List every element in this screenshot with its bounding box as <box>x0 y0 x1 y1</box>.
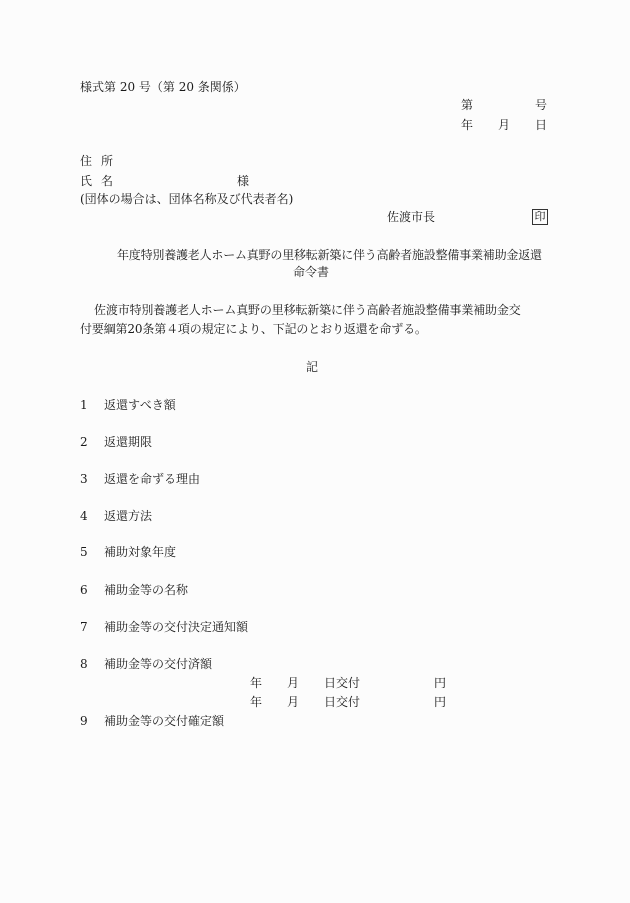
item-number: 4 <box>80 510 104 522</box>
item-number: 7 <box>80 621 104 633</box>
payment-year-label: 年 <box>250 696 262 708</box>
payment-yen-label: 円 <box>434 696 446 708</box>
payment-year-label: 年 <box>250 677 262 689</box>
list-item: 9補助金等の交付確定額 <box>80 715 224 727</box>
item-label: 補助金等の名称 <box>104 583 188 597</box>
document-number-prefix: 第 <box>461 99 473 111</box>
list-item: 2返還期限 <box>80 436 152 448</box>
payment-month-label: 月 <box>287 696 299 708</box>
item-number: 1 <box>80 399 104 411</box>
item-number: 3 <box>80 473 104 485</box>
ki-heading: 記 <box>306 361 318 373</box>
document-title-line2: 命令書 <box>293 266 329 278</box>
item-label: 返還を命ずる理由 <box>104 472 200 486</box>
body-text-line1: 佐渡市特別養護老人ホーム真野の里移転新築に伴う高齢者施設整備事業補助金交 <box>94 304 521 316</box>
item-label: 補助金等の交付確定額 <box>104 714 224 728</box>
list-item: 8補助金等の交付済額 <box>80 658 212 670</box>
list-item: 1返還すべき額 <box>80 399 176 411</box>
date-day-label: 日 <box>535 119 547 131</box>
list-item: 4返還方法 <box>80 510 152 522</box>
item-label: 補助対象年度 <box>104 545 176 559</box>
honorific: 様 <box>237 175 249 187</box>
group-note: (団体の場合は、団体名称及び代表者名) <box>80 193 293 205</box>
document-number-suffix: 号 <box>535 99 547 111</box>
item-label: 返還方法 <box>104 509 152 523</box>
item-number: 5 <box>80 546 104 558</box>
form-id: 様式第 20 号（第 20 条関係） <box>80 81 246 93</box>
date-year-label: 年 <box>461 119 473 131</box>
list-item: 7補助金等の交付決定通知額 <box>80 621 248 633</box>
item-number: 6 <box>80 584 104 596</box>
document-title-line1: 年度特別養護老人ホーム真野の里移転新築に伴う高齢者施設整備事業補助金返還 <box>117 249 542 261</box>
item-number: 2 <box>80 436 104 448</box>
name-label: 氏名 <box>80 175 122 187</box>
payment-day-label: 日交付 <box>324 677 360 689</box>
list-item: 6補助金等の名称 <box>80 584 188 596</box>
issuer-title: 佐渡市長 <box>387 211 435 223</box>
address-label: 住所 <box>80 155 122 167</box>
item-label: 返還すべき額 <box>104 398 176 412</box>
item-number: 9 <box>80 715 104 727</box>
list-item: 3返還を命ずる理由 <box>80 473 200 485</box>
item-number: 8 <box>80 658 104 670</box>
date-month-label: 月 <box>498 119 510 131</box>
item-label: 補助金等の交付決定通知額 <box>104 620 248 634</box>
item-label: 補助金等の交付済額 <box>104 657 212 671</box>
payment-yen-label: 円 <box>434 677 446 689</box>
payment-day-label: 日交付 <box>324 696 360 708</box>
item-label: 返還期限 <box>104 435 152 449</box>
body-text-line2: 付要綱第20条第４項の規定により、下記のとおり返還を命ずる。 <box>80 323 427 335</box>
list-item: 5補助対象年度 <box>80 546 176 558</box>
payment-month-label: 月 <box>287 677 299 689</box>
seal-icon: 印 <box>532 209 548 225</box>
